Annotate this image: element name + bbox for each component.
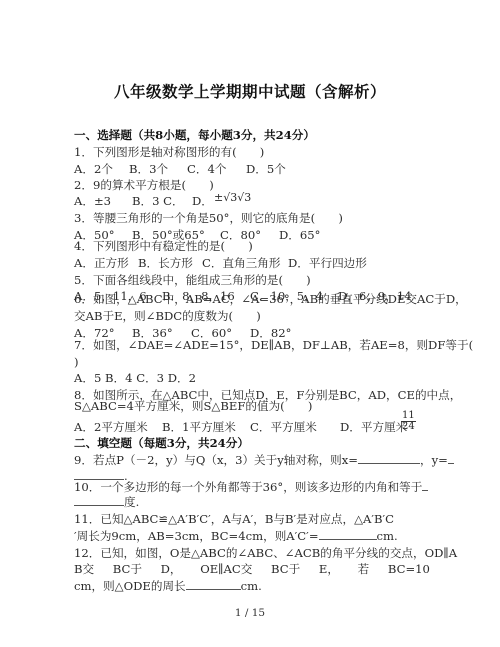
- option-b: B．长方形: [138, 255, 202, 271]
- option-a: A．正方形: [74, 255, 138, 271]
- option-d: D．: [192, 193, 214, 209]
- option-d: D．65°: [279, 227, 320, 243]
- question-10-end: 度.: [124, 495, 139, 509]
- section-header-choice: 一、选择题（共8小题，每小题3分，共24分）: [74, 127, 315, 143]
- question-11-line1: 11．已知△ABC≌△A′B′C′，A与A′，B与B′是对应点，△A′B′C: [74, 511, 394, 527]
- answer-blank-start[interactable]: [422, 480, 428, 491]
- question-2-options: A．±3B．3 C．D．±√3√3: [74, 193, 251, 210]
- question-7-stem-line2: ): [74, 354, 79, 370]
- sqrt-expression: ±√3√3: [214, 190, 251, 206]
- question-9-text: 9．若点P（－2，y）与Q（x，3）关于y轴对称，则x=: [74, 453, 358, 467]
- text-part: D，: [161, 561, 182, 577]
- fraction-11-24: 11 24: [401, 411, 416, 432]
- option-c: C．直角三角形: [202, 255, 288, 271]
- question-2-stem: 2．9的算术平方根是( ): [74, 177, 214, 193]
- option-a: A．2平方厘米: [74, 419, 162, 435]
- text-part: OE∥AC交: [200, 561, 252, 577]
- question-12-line1: 12．已知，如图，O是△ABC的∠ABC、∠ACB的角平分线的交点，OD∥A: [74, 545, 457, 561]
- question-4-options: A．正方形B．长方形C．直角三角形D．平行四边形: [74, 255, 367, 271]
- question-5-stem: 5．下面各组线段中，能组成三角形的是( ): [74, 272, 311, 288]
- section-header-fill-blank: 二、填空题（每题3分，共24分）: [74, 435, 249, 451]
- question-10-text: 10．一个多边形的每一个外角都等于36°，则该多边形的内角和等于: [74, 480, 422, 494]
- question-9-text-y: ，y=: [420, 453, 448, 467]
- question-12-unit: cm.: [241, 579, 262, 593]
- question-7-stem-line1: 7．如图，∠DAE=∠ADE=15°，DE∥AB，DF⊥AB，若AE=8，则DF…: [74, 337, 473, 353]
- question-6-stem-line1: 6．如图，△ABC中，AB=AC，∠A=36°，AB的垂直平分线DE交AC于D，: [74, 291, 467, 307]
- question-10-line1: 10．一个多边形的每一个外角都等于36°，则该多边形的内角和等于: [74, 479, 428, 495]
- document-title: 八年级数学上学期期中试题（含解析）: [0, 80, 500, 102]
- option-b: B．1平方厘米: [162, 419, 250, 435]
- question-7-options: A．5 B．4 C．3 D．2: [74, 370, 196, 386]
- answer-blank-x[interactable]: [358, 453, 420, 464]
- fraction-denominator: 24: [401, 422, 416, 432]
- answer-blank-ac[interactable]: [319, 529, 377, 540]
- question-11-text: ′周长为9cm，AB=3cm，BC=4cm，则A′C′=: [74, 529, 319, 543]
- text-part: BC于: [271, 561, 300, 577]
- question-12-line3: cm，则△ODE的周长cm.: [74, 578, 262, 594]
- question-11-unit: cm.: [377, 529, 398, 543]
- question-12-line2: B交 BC于 D， OE∥AC交 BC于 E， 若 BC=10: [74, 561, 430, 577]
- option-b: B．3个: [129, 161, 187, 177]
- question-10-line2: 度.: [74, 494, 139, 510]
- option-d: D．平行四边形: [288, 255, 367, 271]
- option-c: C．4个: [187, 161, 246, 177]
- answer-blank-interior-sum[interactable]: [74, 495, 124, 506]
- question-3-stem: 3．等腰三角形的一个角是50°，则它的底角是( ): [74, 210, 343, 226]
- question-9-line1: 9．若点P（－2，y）与Q（x，3）关于y轴对称，则x=，y=: [74, 452, 454, 468]
- question-1-options: A．2个B．3个C．4个D．5个: [74, 161, 286, 177]
- option-a: A．2个: [74, 161, 129, 177]
- text-part: B交: [74, 561, 94, 577]
- question-12-text: cm，则△ODE的周长: [74, 579, 186, 593]
- question-6-stem-line2: 交AB于E，则∠BDC的度数为( ): [74, 308, 261, 324]
- option-d: D．5个: [246, 161, 286, 177]
- page-number: 1 / 15: [0, 607, 500, 619]
- option-b-c: B．3 C．: [132, 193, 192, 209]
- question-8-stem-line2: S△ABC=4平方厘米，则S△BEF的值为( ): [74, 398, 312, 414]
- text-part: E，: [319, 561, 339, 577]
- option-c: C．平方厘米: [250, 419, 340, 435]
- answer-blank-y-start[interactable]: [448, 453, 454, 464]
- answer-blank-perimeter[interactable]: [186, 579, 241, 590]
- question-4-stem: 4．下列图形中有稳定性的是( ): [74, 238, 253, 254]
- text-part: 若: [358, 561, 370, 577]
- question-1-stem: 1．下列图形是轴对称图形的有( ): [74, 144, 264, 160]
- text-part: BC=10: [388, 561, 430, 577]
- question-11-line2: ′周长为9cm，AB=3cm，BC=4cm，则A′C′=cm.: [74, 528, 398, 544]
- option-d: D．平方厘米: [340, 419, 407, 435]
- option-a: A．±3: [74, 193, 132, 209]
- text-part: BC于: [113, 561, 142, 577]
- question-8-options: A．2平方厘米B．1平方厘米C．平方厘米D．平方厘米: [74, 419, 407, 435]
